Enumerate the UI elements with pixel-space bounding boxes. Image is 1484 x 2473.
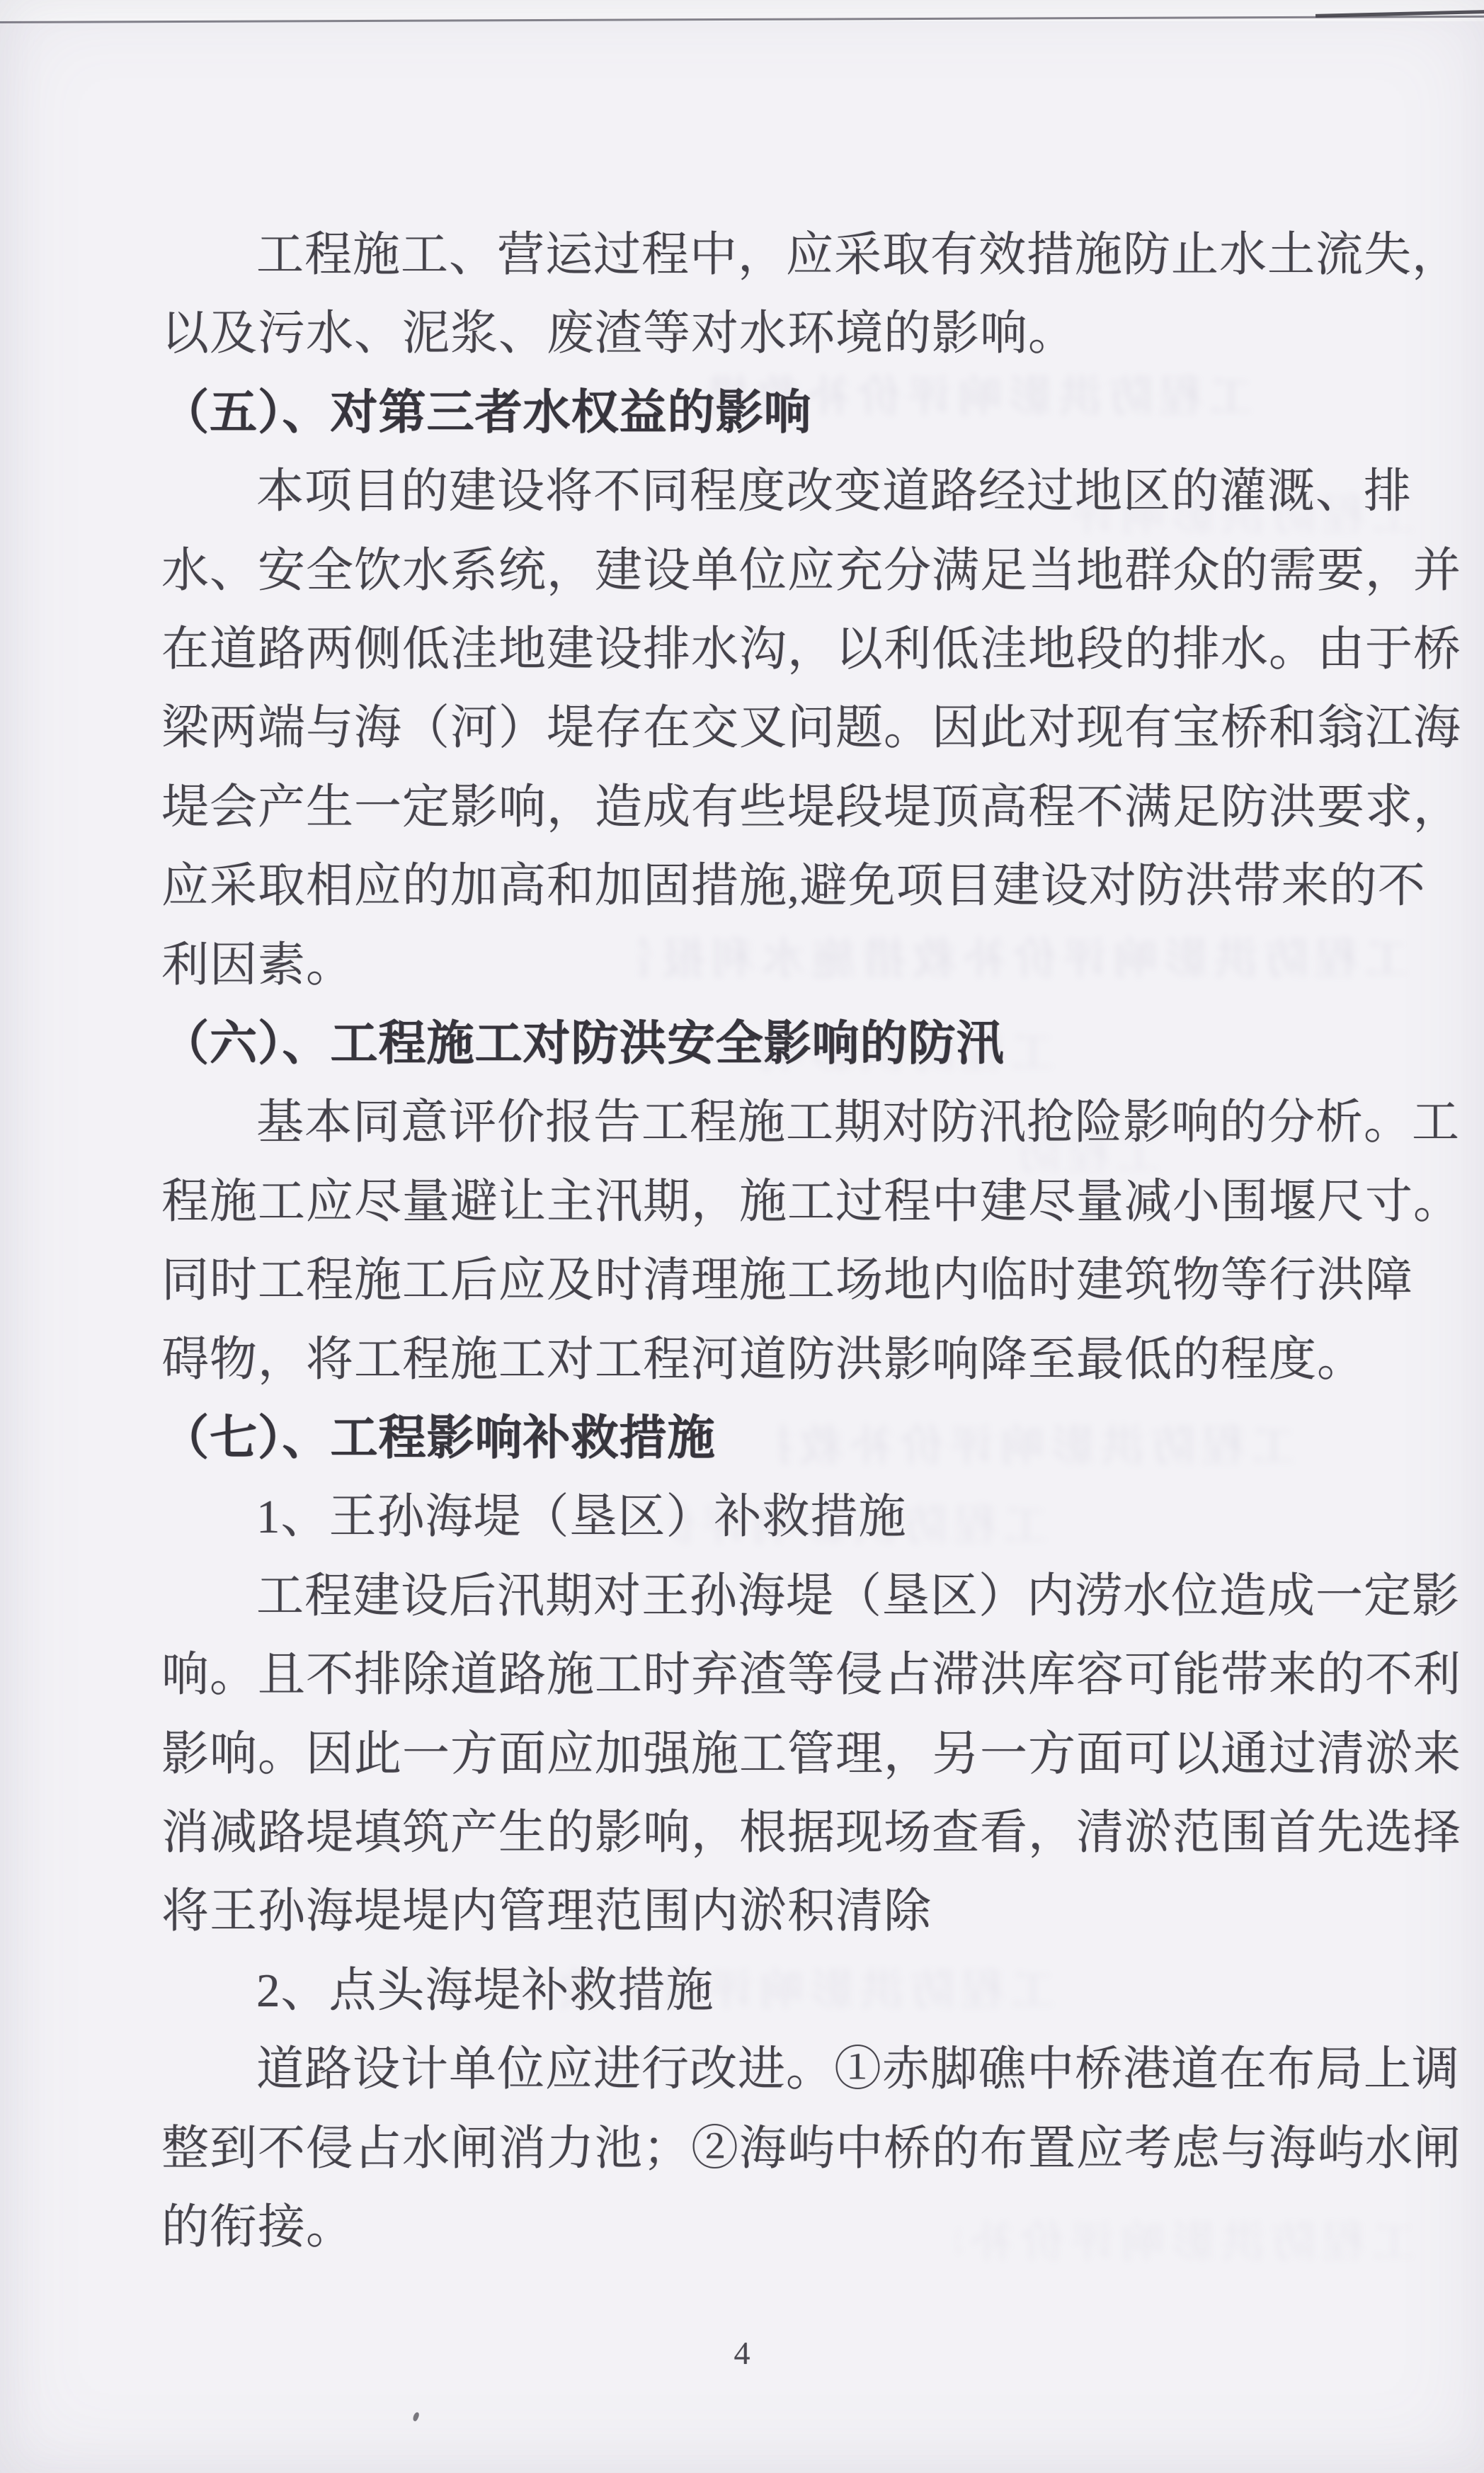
text-line: 消减路堤填筑产生的影响，根据现场查看，清淤范围首先选择 xyxy=(161,1804,1461,1861)
section-heading: （六）、工程施工对防洪安全影响的防汛 xyxy=(161,1016,1005,1072)
text-line: 影响。因此一方面应加强施工管理，另一方面可以通过清淤来 xyxy=(161,1726,1461,1783)
text-line: 利因素。 xyxy=(161,937,354,994)
section-heading: （五）、对第三者水权益的影响 xyxy=(161,385,812,441)
text-line: 堤会产生一定影响，造成有些堤段堤顶高程不满足防洪要求， xyxy=(161,779,1461,836)
text-line: 梁两端与海（河）堤存在交叉问题。因此对现有宝桥和翁江海 xyxy=(161,700,1461,756)
text-line: 本项目的建设将不同程度改变道路经过地区的灌溉、排 xyxy=(161,463,1412,520)
text-line: 程施工应尽量避让主汛期，施工过程中建尽量减小围堰尺寸。 xyxy=(161,1173,1461,1230)
scanned-document-page: 工程防洪影响评价补救措施水利报告防汛海堤范围管理工程防洪影响评价补救措施水利报告… xyxy=(0,0,1484,2473)
text-line: 碍物，将工程施工对工程河道防洪影响降至最低的程度。 xyxy=(161,1331,1365,1388)
bleedthrough-smudge: 工程防洪影响评价补救措施水利报告防汛海堤范围管理工程防洪影响评价补救措施水利报告… xyxy=(779,1419,1296,1477)
text-line: 基本同意评价报告工程施工期对防汛抢险影响的分析。工 xyxy=(161,1094,1460,1151)
text-line: 工程建设后汛期对王孙海堤（垦区）内涝水位造成一定影 xyxy=(161,1568,1460,1625)
bleedthrough-smudge: 工程防洪影响评价补救措施水利报告防汛海堤范围管理工程防洪影响评价补救措施水利报告… xyxy=(637,932,1409,990)
text-line: 水、安全饮水系统，建设单位应充分满足当地群众的需要，并 xyxy=(161,542,1461,599)
scan-vignette xyxy=(0,0,1484,2473)
text-line: 响。且不排除道路施工时弃渣等侵占滞洪库容可能带来的不利 xyxy=(161,1647,1461,1703)
list-item-heading: 1、王孙海堤（垦区）补救措施 xyxy=(161,1489,907,1545)
text-line: 整到不侵占水闸消力池；②海屿中桥的布置应考虑与海屿水闸 xyxy=(161,2120,1461,2177)
ink-speck xyxy=(412,2411,421,2422)
list-item-heading: 2、点头海堤补救措施 xyxy=(161,1962,714,2019)
page-number: 4 xyxy=(0,2334,1484,2372)
text-line: 的衔接。 xyxy=(161,2199,354,2256)
text-line: 将王孙海堤堤内管理范围内淤积清除 xyxy=(161,1883,932,1940)
text-line: 同时工程施工后应及时清理施工场地内临时建筑物等行洪障 xyxy=(161,1252,1413,1309)
text-line: 道路设计单位应进行改进。①赤脚礁中桥港道在布局上调 xyxy=(161,2041,1460,2098)
text-line: 应采取相应的加高和加固措施,避免项目建设对防洪带来的不 xyxy=(161,858,1426,914)
text-line: 以及污水、泥浆、废渣等对水环境的影响。 xyxy=(161,305,1076,362)
section-heading: （七）、工程影响补救措施 xyxy=(161,1410,716,1467)
bleedthrough-smudge: 工程防洪影响评价补救措施水利报告防汛海堤范围管理工程防洪影响评价补救措施水利报告… xyxy=(956,2215,1416,2280)
text-line: 在道路两侧低洼地建设排水沟，以利低洼地段的排水。由于桥 xyxy=(161,621,1461,678)
text-line: 工程施工、营运过程中，应采取有效措施防止水土流失， xyxy=(161,227,1460,283)
